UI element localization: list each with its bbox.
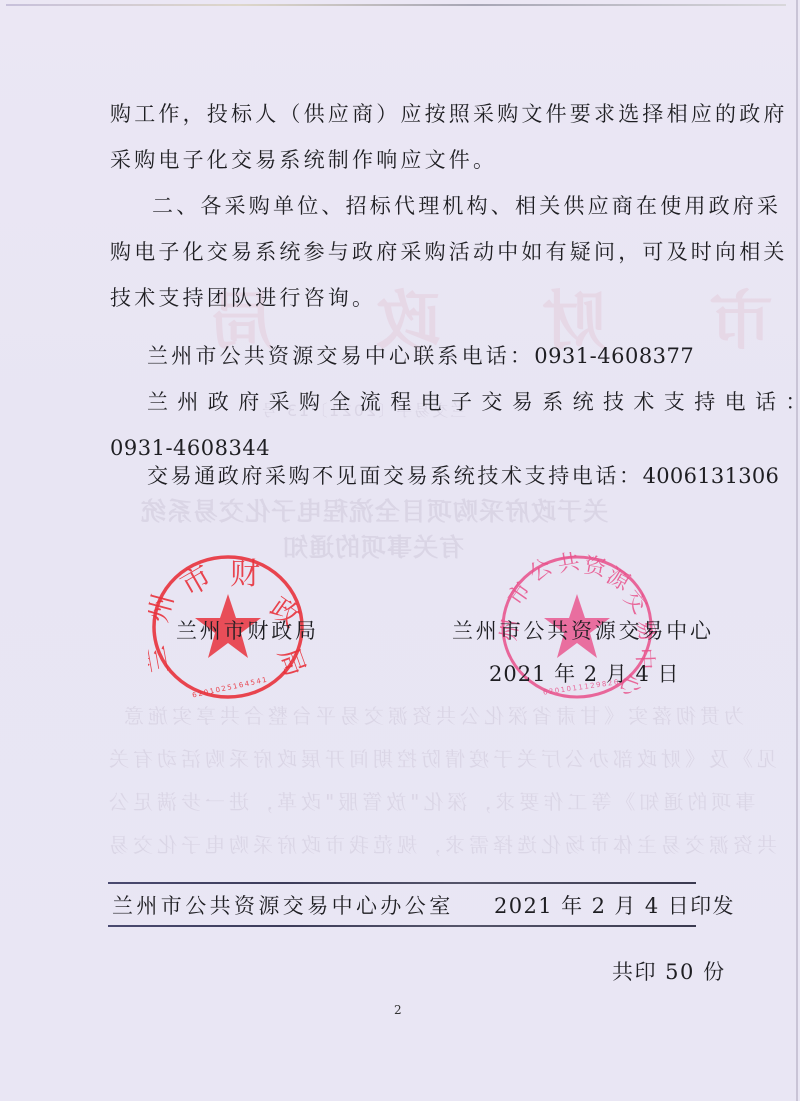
contact-label-3: 交易通政府采购不见面交易系统技术支持电话： [147,464,643,488]
bleed-title-1: 关于政府采购项目全流程电子化交易系统 [140,492,608,528]
signature-date: 2021 年 2 月 4 日 [489,660,680,688]
contact-line-2: 兰州政府采购全流程电子交易系统技术支持电话： [147,388,800,416]
body-paragraph-2-line-1: 二、各采购单位、招标代理机构、相关供应商在使用政府采 [152,192,781,220]
svg-text:兰: 兰 [148,643,175,676]
svg-text:财: 财 [230,557,260,592]
signature-right-org: 兰州市公共资源交易中心 [452,617,714,645]
svg-text:资: 资 [582,553,609,582]
body-paragraph-1-line-1: 购工作，投标人（供应商）应按照采购文件要求选择相应的政府 [110,100,788,128]
body-paragraph-1-line-2: 采购电子化交易系统制作响应文件。 [110,146,497,174]
contact-line-3: 交易通政府采购不见面交易系统技术支持电话：4006131306 [147,462,779,490]
contact-phone-1: 0931-4608377 [534,344,694,368]
bleed-body-2: 见》及《财政部办公厅关于疫情防控期间开展政府采购活动有关 [105,743,777,772]
bleed-title-2: 有关事项的通知 [282,528,464,564]
footer-issue-date: 2021 年 2 月 4 日印发 [494,892,735,920]
svg-text:局: 局 [271,643,308,681]
contact-phone-3: 4006131306 [643,464,780,488]
svg-text:市: 市 [503,578,536,610]
contact-line-1: 兰州市公共资源交易中心联系电话：0931-4608377 [147,342,694,370]
body-paragraph-2-line-3: 技术支持团队进行咨询。 [110,284,376,312]
svg-text:共: 共 [556,552,582,578]
page-number: 2 [394,1003,402,1017]
document-page: 兰 州 市 财 政 局 兰交易字〔2021〕13 号 关于政府采购项目全流程电子… [0,0,800,1101]
contact-phone-2: 0931-4608344 [110,434,270,462]
scan-right-edge [796,0,798,1101]
signature-left-org: 兰州市财政局 [176,617,319,645]
footer-top-rule [108,882,696,884]
body-paragraph-2-line-2: 购电子化交易系统参与政府采购活动中如有疑问，可及时向相关 [110,238,788,266]
bleed-body-4: 共资源交易主体市场化选择需求，规范我市政府采购电子化交易 [105,829,777,858]
bleed-body-1: 为贯彻落实《甘肃省深化公共资源交易平台整合共享实施意 [120,700,744,729]
contact-label-1: 兰州市公共资源交易中心联系电话： [147,344,534,368]
footer-issuer: 兰州市公共资源交易中心办公室 [112,892,454,920]
svg-text:市: 市 [175,559,218,604]
svg-text:公: 公 [525,554,557,587]
bleed-body-3: 事项的通知》等工作要求，深化"放管服"改革，进一步满足公 [105,786,755,815]
footer-bottom-rule [108,925,696,927]
footer-copies: 共印 50 份 [612,958,726,986]
scan-top-edge [6,4,786,6]
